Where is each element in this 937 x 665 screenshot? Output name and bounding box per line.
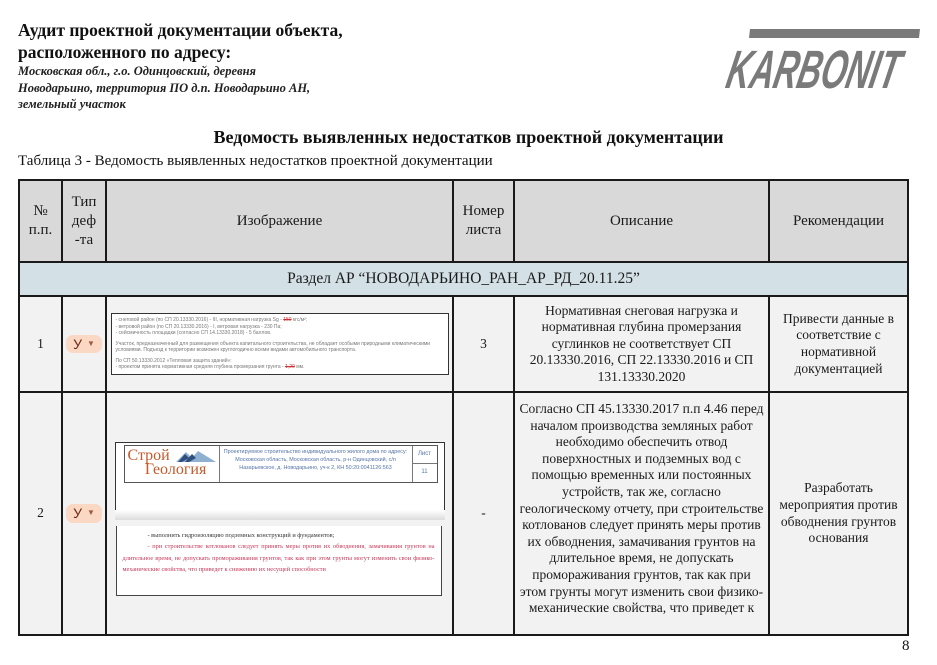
column-header-number: № п.п. [19, 180, 62, 262]
defect-type-dropdown[interactable]: У ▼ [66, 504, 102, 523]
image-cell: - снеговой район (по СП 20.13330.2016) -… [106, 296, 453, 392]
logo-line: Геология [128, 463, 216, 477]
table-header-row: № п.п. Тип деф -та Изображение Номер лис… [19, 180, 908, 262]
excerpt-line: Участок, предназначенный для размещения … [116, 341, 444, 354]
highlighted-excerpt: - при строительстве котлованов следует п… [123, 541, 435, 576]
excerpt-line: - выполнить гидроизоляцию подземных конс… [123, 530, 435, 542]
recommendation-cell: Разработать мероприятия против обводнени… [769, 392, 908, 635]
struck-value: 150 [283, 317, 291, 323]
column-header-defect-type: Тип деф -та [62, 180, 106, 262]
excerpt-text: кгс/м²; [292, 317, 308, 323]
sheet-number: - [453, 392, 514, 635]
stroygeologiya-logo: Строй Геология [125, 446, 220, 482]
chevron-down-icon: ▼ [87, 505, 95, 522]
header-text: Номер [454, 202, 513, 221]
page-number: 8 [902, 638, 910, 655]
excerpt-text: - проектом принята нормативная средняя г… [116, 364, 286, 370]
defect-type-cell: У ▼ [62, 296, 106, 392]
chevron-down-icon: ▼ [87, 336, 95, 353]
sheet-number: 3 [453, 296, 514, 392]
sheet-value: 11 [413, 463, 437, 482]
page-separator [115, 510, 445, 520]
table-row: 2 У ▼ Строй [19, 392, 908, 635]
defect-type-dropdown[interactable]: У ▼ [66, 335, 102, 354]
section-heading: Ведомость выявленных недостатков проектн… [0, 127, 937, 148]
document-excerpt-image: Строй Геология Проектируемое строит [115, 399, 445, 629]
excerpt-text-block: - выполнить гидроизоляцию подземных конс… [116, 526, 442, 596]
audit-title-line-2: расположенного по адресу: [18, 41, 478, 63]
table-row: 1 У ▼ - снеговой район (по СП 20.13330.2… [19, 296, 908, 392]
header-text: Тип [63, 193, 105, 212]
column-header-recommendations: Рекомендации [769, 180, 908, 262]
karbonit-logo-icon: KARBONIT [720, 14, 920, 94]
sheet-label: Лист [413, 446, 437, 464]
header-text: -та [63, 231, 105, 250]
column-header-description: Описание [514, 180, 769, 262]
description-cell: Согласно СП 45.13330.2017 п.п 4.46 перед… [514, 392, 769, 635]
karbonit-logo: KARBONIT [720, 14, 920, 94]
description-cell: Нормативная снеговая нагрузка и норматив… [514, 296, 769, 392]
title-block-frame: Строй Геология Проектируемое строит [115, 442, 445, 520]
column-header-image: Изображение [106, 180, 453, 262]
struck-value: 1,20 [285, 364, 295, 370]
section-row: Раздел АР “НОВОДАРЬИНО_РАН_АР_РД_20.11.2… [19, 262, 908, 296]
header-text: п.п. [20, 221, 61, 240]
project-info: Проектируемое строительство индивидуальн… [220, 446, 413, 482]
document-excerpt-image: - снеговой район (по СП 20.13330.2016) -… [111, 313, 449, 375]
table-caption: Таблица 3 - Ведомость выявленных недоста… [18, 153, 493, 170]
defect-type-value: У [73, 336, 82, 353]
image-cell: Строй Геология Проектируемое строит [106, 392, 453, 635]
sheet-info: Лист 11 [413, 446, 437, 482]
address-line-3: земельный участок [18, 96, 478, 113]
excerpt-text: - снеговой район (по СП 20.13330.2016) -… [116, 317, 284, 323]
defect-type-cell: У ▼ [62, 392, 106, 635]
header-text: листа [454, 221, 513, 240]
defect-type-value: У [73, 505, 82, 522]
row-number: 1 [19, 296, 62, 392]
excerpt-text: мм. [295, 364, 305, 370]
logo-wordmark: KARBONIT [722, 40, 910, 94]
header-text: № [20, 202, 61, 221]
defects-table: № п.п. Тип деф -та Изображение Номер лис… [18, 179, 909, 636]
column-header-sheet: Номер листа [453, 180, 514, 262]
address-line-1: Московская обл., г.о. Одинцовский, дерев… [18, 63, 478, 80]
title-block-stamp: Строй Геология Проектируемое строит [124, 445, 438, 483]
address-line-2: Новодарьино, территория ПО д.п. Новодарь… [18, 80, 478, 97]
audit-title-line-1: Аудит проектной документации объекта, [18, 19, 478, 41]
excerpt-line: - проектом принята нормативная средняя г… [116, 364, 444, 371]
section-label: Раздел АР “НОВОДАРЬИНО_РАН_АР_РД_20.11.2… [19, 262, 908, 296]
header-text: деф [63, 212, 105, 231]
document-header: Аудит проектной документации объекта, ра… [18, 19, 478, 113]
recommendation-cell: Привести данные в соответствие с нормати… [769, 296, 908, 392]
logo-text: Строй Геология [128, 449, 216, 477]
row-number: 2 [19, 392, 62, 635]
